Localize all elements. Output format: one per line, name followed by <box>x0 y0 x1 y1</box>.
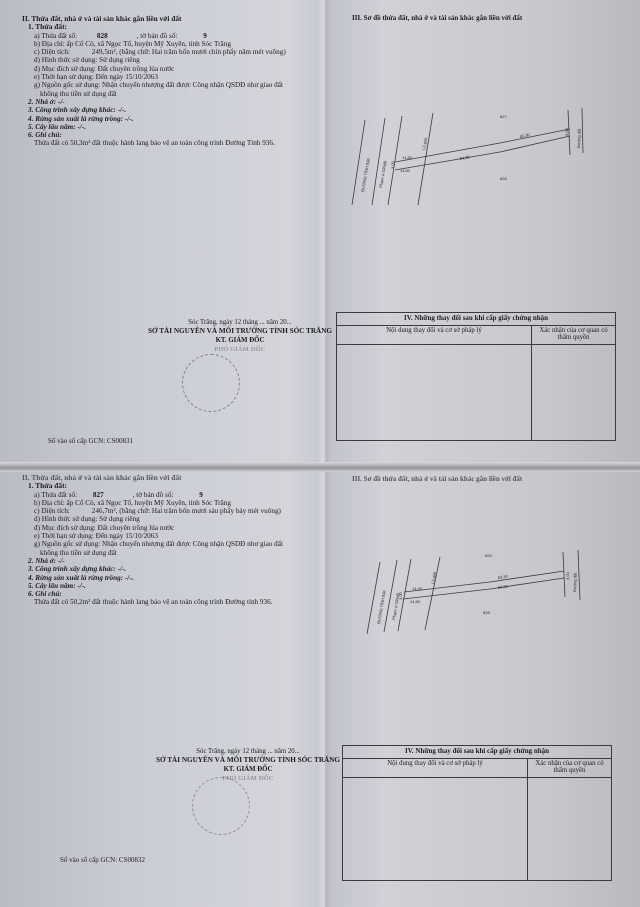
side-road-label: Lộ giới <box>430 571 437 584</box>
note-heading: 6. Ghi chú: <box>22 590 322 598</box>
changes-confirm-cell <box>528 778 612 881</box>
road-left-label: ĐƯỜNG TỈNH 936 <box>376 589 387 624</box>
length-left-bottom: 14,80 <box>410 599 421 604</box>
horizontal-fold-line <box>0 462 640 472</box>
width-left: 3,00 <box>398 591 403 600</box>
changes-content-cell <box>343 778 528 881</box>
section-2-title: II. Thửa đất, nhà ở và tài sản khác gắn … <box>22 15 322 23</box>
length-left-bottom: 14,80 <box>400 168 411 173</box>
width-right: 3,00 <box>564 127 569 136</box>
area-value: 246,7m², (bằng chữ: Hai trăm bốn mươi sá… <box>92 507 281 515</box>
changes-table: IV. Những thay đổi sau khi cấp giấy chứn… <box>342 745 612 881</box>
land-heading: 1. Thửa đất: <box>22 23 322 31</box>
neighbor-north: 826 <box>485 553 492 558</box>
neighbor-north: 827 <box>500 114 507 119</box>
right-road-label: Đường đất <box>572 572 578 592</box>
changes-confirm-cell <box>532 345 616 441</box>
official-stamp <box>182 354 240 412</box>
address: b) Địa chỉ: ấp Cổ Cò, xã Ngọc Tố, huyện … <box>22 499 322 507</box>
changes-title: IV. Những thay đổi sau khi cấp giấy chứn… <box>343 746 612 759</box>
forest-row: 4. Rừng sản xuất là rừng trồng: -/-. <box>22 574 322 582</box>
origin-line-1: g) Nguồn gốc sử dụng: Nhận chuyển nhượng… <box>22 540 322 548</box>
land-info-section: II. Thửa đất, nhà ở và tài sản khác gắn … <box>22 474 322 607</box>
parcel-row: a) Thửa đất số: 828 , tờ bản đồ số: 9 <box>22 32 322 40</box>
area-label: c) Diện tích: <box>34 48 70 56</box>
parcel-diagram: ĐƯỜNG TỈNH 936 Phạm vi GPMB Lộ giới Đườn… <box>340 542 610 652</box>
road-left-label: ĐƯỜNG TỈNH 936 <box>360 157 371 192</box>
house-row: 2. Nhà ở: -/- <box>22 557 322 565</box>
usage-form: d) Hình thức sử dụng: Sử dụng riêng <box>22 515 322 523</box>
parcel-diagram: ĐƯỜNG TỈNH 936 Phạm vi GPMB Lộ giới Đườn… <box>340 100 610 210</box>
certificate-827: II. Thửa đất, nhà ở và tài sản khác gắn … <box>0 472 640 907</box>
house-row: 2. Nhà ở: -/- <box>22 98 322 106</box>
right-road-label: Đường đất <box>576 128 582 148</box>
area-label: c) Diện tích: <box>34 507 70 515</box>
parcel-number: 828 <box>97 32 135 40</box>
usage-purpose: đ) Mục đích sử dụng: Đất chuyên trồng lú… <box>22 65 322 73</box>
length-left-top: 14,90 <box>412 586 423 591</box>
sign-organization: SỞ TÀI NGUYÊN VÀ MÔI TRƯỜNG TỈNH SÓC TRĂ… <box>148 756 348 765</box>
sign-subtitle: PHÓ GIÁM ĐỐC <box>140 345 340 354</box>
construction-row: 3. Công trình xây dựng khác: -/-. <box>22 565 322 573</box>
area-row: c) Diện tích: 249,5m², (bằng chữ: Hai tr… <box>22 48 322 56</box>
map-number: 9 <box>203 32 207 40</box>
neighbor-south: 828 <box>483 610 490 615</box>
parcel-label: a) Thửa đất số: <box>34 491 77 499</box>
length-top: 83,30 <box>497 574 508 580</box>
perennial-row: 5. Cây lâu năm: -/-. <box>22 582 322 590</box>
gcn-registry-number: Số vào sổ cấp GCN: CS00831 <box>48 437 133 445</box>
parcel-label: a) Thửa đất số: <box>34 32 77 40</box>
map-label: , tờ bản đồ số: <box>137 32 178 40</box>
length-bottom: 84,30 <box>459 154 470 161</box>
forest-row: 4. Rừng sản xuất là rừng trồng: -/-. <box>22 115 322 123</box>
certificate-828: II. Thửa đất, nhà ở và tài sản khác gắn … <box>0 0 640 462</box>
width-left: 3,00 <box>390 160 395 169</box>
area-row: c) Diện tích: 246,7m², (bằng chữ: Hai tr… <box>22 507 322 515</box>
changes-table: IV. Những thay đổi sau khi cấp giấy chứn… <box>336 312 616 441</box>
usage-form: d) Hình thức sử dụng: Sử dụng riêng <box>22 56 322 64</box>
sign-date: Sóc Trăng, ngày 12 tháng ... năm 20... <box>148 747 348 756</box>
address: b) Địa chỉ: ấp Cổ Cò, xã Ngọc Tố, huyện … <box>22 40 322 48</box>
sign-organization: SỞ TÀI NGUYÊN VÀ MÔI TRƯỜNG TỈNH SÓC TRĂ… <box>140 327 340 336</box>
sign-position: KT. GIÁM ĐỐC <box>140 336 340 345</box>
length-left-top: 14,80 <box>402 155 413 160</box>
width-right: 3,00 <box>565 571 570 580</box>
origin-line-2: không thu tiền sử dụng đất <box>22 549 322 557</box>
signature-block: Sóc Trăng, ngày 12 tháng ... năm 20... S… <box>140 318 340 354</box>
sign-subtitle: PHÓ GIÁM ĐỐC <box>148 774 348 783</box>
changes-content-cell <box>337 345 532 441</box>
section-3-title: III. Sơ đồ thửa đất, nhà ở và tài sản kh… <box>352 14 522 22</box>
section-3-title: III. Sơ đồ thửa đất, nhà ở và tài sản kh… <box>352 475 522 483</box>
note-text: Thửa đất có 50,3m² đất thuộc hành lang b… <box>22 139 322 147</box>
changes-title: IV. Những thay đổi sau khi cấp giấy chứn… <box>337 313 616 326</box>
parcel-number: 827 <box>93 491 131 499</box>
changes-col-confirm: Xác nhận của cơ quan có thẩm quyền <box>528 759 612 778</box>
construction-row: 3. Công trình xây dựng khác: -/-. <box>22 106 322 114</box>
land-info-section: II. Thửa đất, nhà ở và tài sản khác gắn … <box>22 15 322 148</box>
note-text: Thửa đất có 50,2m² đất thuộc hành lang b… <box>22 598 322 606</box>
parcel-row: a) Thửa đất số: 827 , tờ bản đồ số: 9 <box>22 491 322 499</box>
origin-line-1: g) Nguồn gốc sử dụng: Nhận chuyển nhượng… <box>22 81 322 89</box>
note-heading: 6. Ghi chú: <box>22 131 322 139</box>
usage-purpose: đ) Mục đích sử dụng: Đất chuyên trồng lú… <box>22 524 322 532</box>
perennial-row: 5. Cây lâu năm: -/-. <box>22 123 322 131</box>
map-label: , tờ bản đồ số: <box>133 491 174 499</box>
section-2-title: II. Thửa đất, nhà ở và tài sản khác gắn … <box>22 474 322 482</box>
sign-position: KT. GIÁM ĐỐC <box>148 765 348 774</box>
gcn-registry-number: Số vào sổ cấp GCN: CS00832 <box>60 856 145 864</box>
origin-line-2: không thu tiền sử dụng đất <box>22 90 322 98</box>
map-number: 9 <box>199 491 203 499</box>
sign-date: Sóc Trăng, ngày 12 tháng ... năm 20... <box>140 318 340 327</box>
area-value: 249,5m², (bằng chữ: Hai trăm bốn mươi ch… <box>92 48 286 56</box>
length-bottom: 84,30 <box>497 584 508 590</box>
boundary-label: Phạm vi GPMB <box>378 160 388 188</box>
neighbor-south: 828 <box>500 176 507 181</box>
changes-col-content: Nội dung thay đổi và cơ sở pháp lý <box>337 326 532 345</box>
length-top: 83,30 <box>519 132 531 139</box>
changes-col-content: Nội dung thay đổi và cơ sở pháp lý <box>343 759 528 778</box>
changes-col-confirm: Xác nhận của cơ quan có thẩm quyền <box>532 326 616 345</box>
official-stamp <box>192 777 250 835</box>
land-heading: 1. Thửa đất: <box>22 482 322 490</box>
signature-block: Sóc Trăng, ngày 12 tháng ... năm 20... S… <box>148 747 348 783</box>
